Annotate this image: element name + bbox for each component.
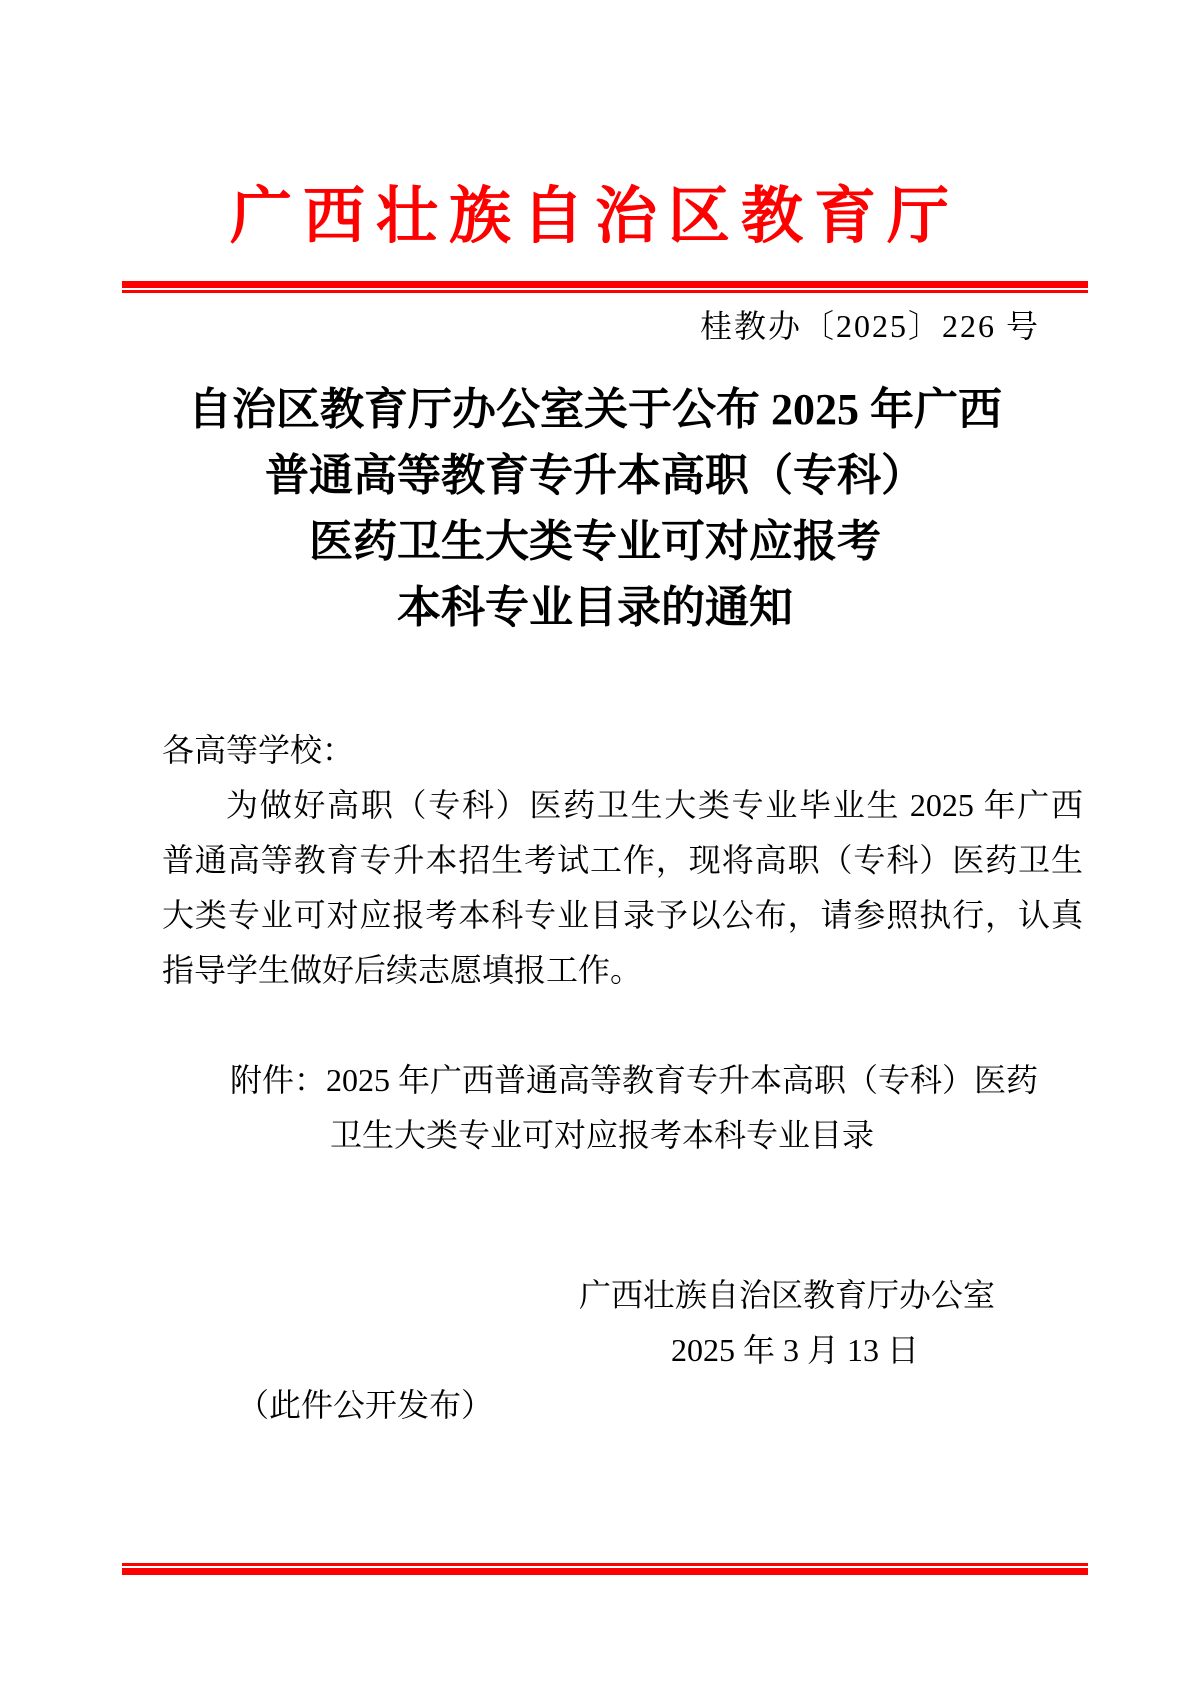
body-text: 各高等学校： 为做好高职（专科）医药卫生大类专业毕业生 2025 年广西 普通高…: [162, 723, 1083, 998]
official-document-page: 广西壮族自治区教育厅 桂教办〔2025〕226 号 自治区教育厅办公室关于公布 …: [0, 0, 1190, 1683]
salutation: 各高等学校：: [162, 723, 1083, 778]
notice-title-line-2: 普通高等教育专升本高职（专科）: [0, 443, 1190, 509]
notice-title-line-3: 医药卫生大类专业可对应报考: [0, 509, 1190, 575]
attachment-note: 附件：2025 年广西普通高等教育专升本高职（专科）医药 卫生大类专业可对应报考…: [0, 1053, 1190, 1163]
letterhead-title: 广西壮族自治区教育厅: [0, 0, 1190, 248]
notice-title-line-4: 本科专业目录的通知: [0, 575, 1190, 641]
attachment-line-1: 附件：2025 年广西普通高等教育专升本高职（专科）医药: [230, 1053, 1190, 1108]
notice-title-line-1: 自治区教育厅办公室关于公布 2025 年广西: [0, 377, 1190, 443]
notice-title: 自治区教育厅办公室关于公布 2025 年广西 普通高等教育专升本高职（专科） 医…: [0, 377, 1190, 641]
document-number: 桂教办〔2025〕226 号: [0, 303, 1190, 349]
issue-date: 2025 年 3 月 13 日: [0, 1323, 1190, 1378]
body-line-1: 为做好高职（专科）医药卫生大类专业毕业生 2025 年广西: [162, 778, 1083, 833]
header-double-rule: [122, 281, 1088, 293]
body-line-4: 指导学生做好后续志愿填报工作。: [162, 943, 1083, 998]
body-line-2: 普通高等教育专升本招生考试工作，现将高职（专科）医药卫生: [162, 833, 1083, 888]
header-rule-thick: [122, 281, 1088, 288]
footer-rule-thick: [122, 1568, 1088, 1575]
issuer-signature: 广西壮族自治区教育厅办公室: [0, 1268, 1190, 1323]
attachment-line-2: 卫生大类专业可对应报考本科专业目录: [330, 1108, 1190, 1163]
footer-double-rule: [122, 1563, 1088, 1575]
public-release-note: （此件公开发布）: [237, 1378, 1190, 1433]
body-line-3: 大类专业可对应报考本科专业目录予以公布，请参照执行，认真: [162, 888, 1083, 943]
header-rule-thin: [122, 290, 1088, 293]
